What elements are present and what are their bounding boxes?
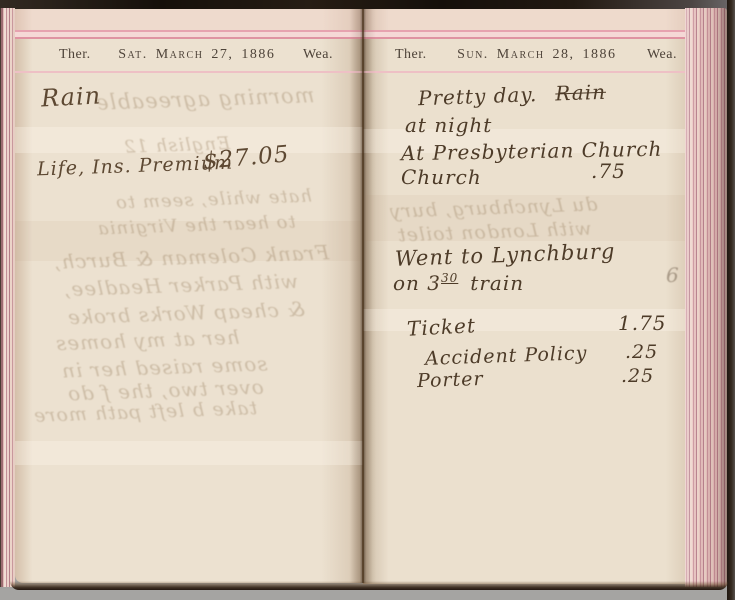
printed-page-header: Ther. Sun. March 28, 1886 Wea. [363, 47, 685, 63]
ledger-amount: .25 [621, 365, 654, 387]
ledger-label: Accident Policy [425, 342, 588, 370]
diary-line-struck-word: Rain [555, 80, 607, 106]
scanner-background [0, 589, 735, 600]
scan-artifact-band [15, 221, 363, 261]
bleedthrough-text: with Parker Headlee, [63, 269, 299, 301]
single-pink-rule [15, 71, 363, 73]
bleedthrough-text: her at my homes [55, 325, 240, 355]
book-gutter-line [362, 9, 364, 583]
ledger-label: Ticket [406, 313, 476, 341]
page-top-tint [15, 9, 363, 30]
scan-artifact-band [363, 195, 685, 241]
double-pink-rule [363, 30, 685, 39]
ledger-amount: $27.05 [202, 141, 290, 174]
train-time-superscript: 30 [441, 271, 458, 285]
page-date: Sun. March 28, 1886 [457, 47, 616, 63]
scan-artifact-band [15, 127, 363, 153]
ther-label: Ther. [395, 47, 427, 63]
bleedthrough-text: & cheap Works broke [67, 297, 306, 329]
wea-label: Wea. [303, 47, 333, 63]
bleedthrough-text: morning agreeable [95, 83, 315, 115]
wea-label: Wea. [647, 47, 677, 63]
book-bottom-edge [10, 581, 728, 590]
bleedthrough-text: du Lynchburg, bury [389, 193, 598, 222]
bleedthrough-text: some raised her in [61, 351, 268, 382]
bleedthrough-text: Frank Coleman & Burch, [53, 240, 330, 274]
ledger-amount: .75 [591, 159, 626, 183]
diary-line-text: Pretty day. [418, 82, 538, 110]
diary-line: on 330train [393, 271, 524, 295]
diary-line-text: train [470, 271, 524, 295]
diary-line: Went to Lynchburg [395, 239, 616, 271]
bleedthrough-text: to hear the Virginia [97, 212, 296, 240]
weather-note: Rain [40, 81, 101, 112]
ledger-amount: 1.75 [618, 311, 667, 335]
scan-artifact-band [15, 441, 363, 465]
right-page-stack-edge [685, 8, 727, 587]
ledger-amount: .25 [625, 341, 658, 363]
bleedthrough-text: hate while, seem to [115, 186, 313, 214]
faint-ink-mark: 6 [666, 263, 680, 287]
ledger-label: Porter [417, 368, 484, 392]
diary-page-left: Ther. Sat. March 27, 1886 Wea. morning a… [15, 9, 363, 583]
ledger-label: Church [401, 165, 482, 189]
diary-book-scan: Ther. Sat. March 27, 1886 Wea. morning a… [0, 0, 735, 600]
bleedthrough-text: over two, the f do [67, 375, 264, 406]
diary-line: at night [405, 113, 492, 137]
bleedthrough-text: take b left path more [33, 397, 258, 427]
single-pink-rule [363, 71, 685, 73]
page-top-tint [363, 9, 685, 30]
diary-page-right: Ther. Sun. March 28, 1886 Wea. du Lynchb… [363, 9, 685, 584]
double-pink-rule [15, 30, 363, 39]
diary-line: Pretty day.Rain [418, 80, 607, 111]
left-page-stack-edge [0, 8, 15, 587]
ther-label: Ther. [59, 47, 91, 63]
diary-line-text: on 3 [393, 271, 441, 295]
printed-page-header: Ther. Sat. March 27, 1886 Wea. [15, 47, 363, 63]
book-cover-right-edge [727, 0, 735, 600]
page-date: Sat. March 27, 1886 [118, 47, 275, 63]
